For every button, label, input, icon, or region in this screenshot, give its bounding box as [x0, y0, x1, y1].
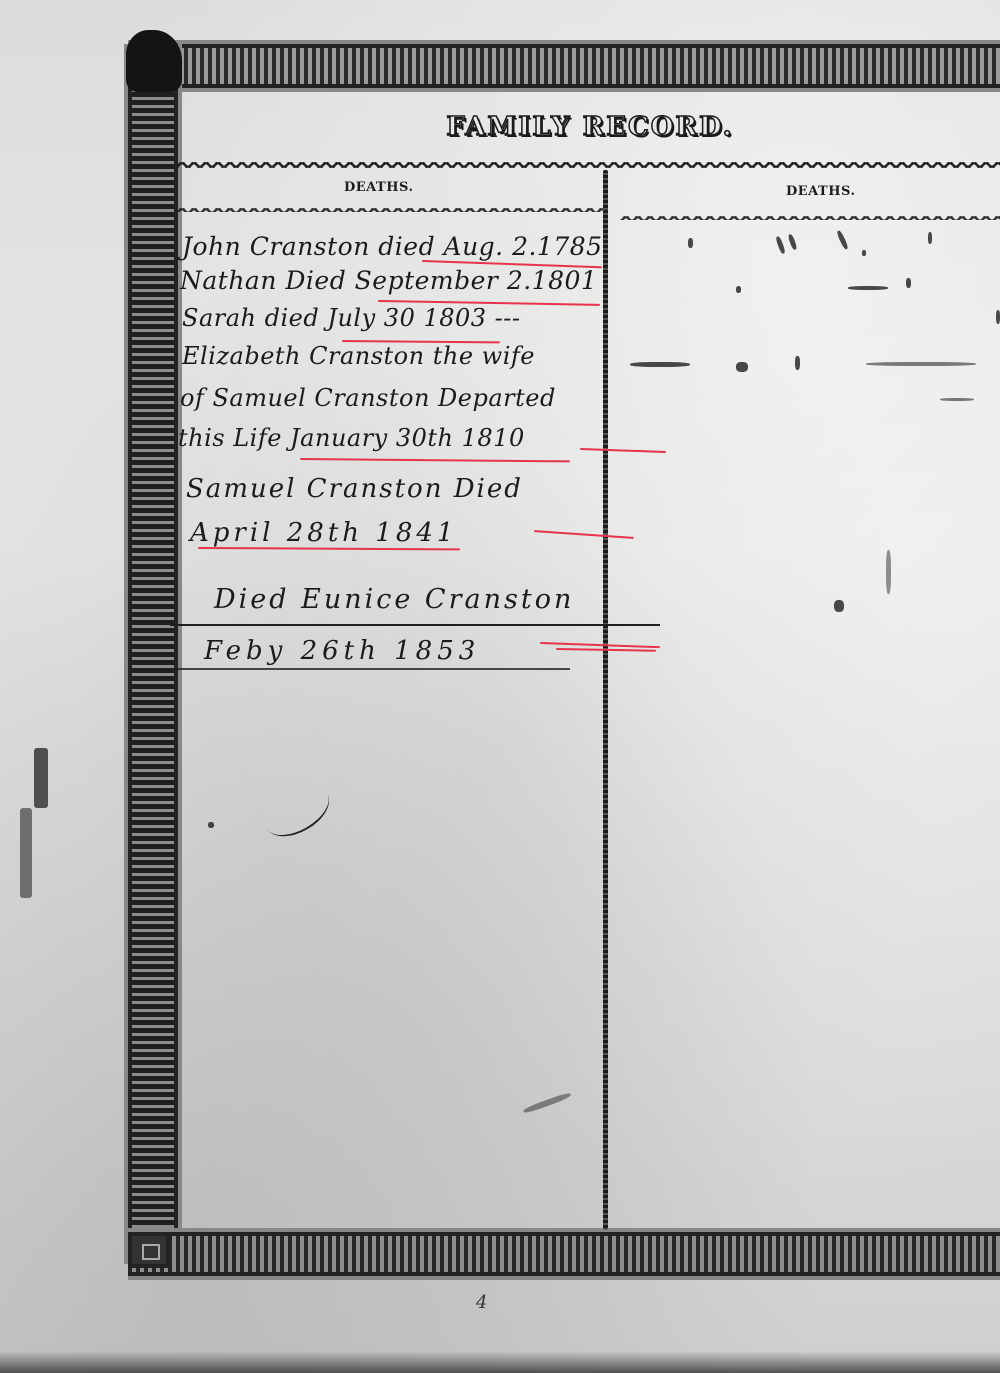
ornamental-frame-bottom: [128, 1232, 1000, 1276]
entry-line: of Samuel Cranston Departed: [180, 384, 556, 412]
wavy-rule-left-column: [176, 204, 604, 212]
ink-speck: [688, 238, 693, 248]
ink-speck: [996, 310, 1000, 324]
scan-edge-shadow: [0, 1351, 1000, 1373]
ink-speck: [736, 286, 741, 293]
ornamental-frame-left: [128, 44, 178, 1264]
page-number-mark: 4: [476, 1292, 487, 1313]
page-title: FAMILY RECORD.: [380, 112, 800, 142]
ink-speck: [866, 362, 976, 366]
ink-speck: [795, 356, 800, 370]
entry-line: April 28th 1841: [190, 518, 457, 548]
entry-line: this Life January 30th 1810: [178, 424, 525, 452]
ink-speck: [928, 232, 932, 244]
entry-line: Elizabeth Cranston the wife: [182, 342, 535, 370]
margin-ink-mark: [20, 808, 32, 898]
ink-speck: [848, 286, 888, 290]
ink-speck: [862, 250, 866, 256]
ink-speck: [886, 550, 891, 594]
frame-corner-bottom-left: [128, 1232, 170, 1268]
ink-rule-line: [170, 624, 660, 626]
column-heading-right: DEATHS.: [786, 184, 855, 199]
entry-line: John Cranston died Aug. 2.1785: [182, 232, 603, 261]
column-heading-left: DEATHS.: [344, 180, 413, 195]
ornamental-frame-top: [128, 44, 1000, 88]
entry-line: Feby 26th 1853: [204, 636, 480, 666]
column-divider: [603, 170, 608, 1230]
frame-corner-ink-blot: [126, 30, 182, 92]
ink-speck: [630, 362, 690, 367]
ink-speck: [736, 362, 748, 372]
entry-line: Sarah died July 30 1803 ---: [182, 304, 521, 332]
ink-speck: [834, 600, 844, 612]
wavy-rule-under-title: [176, 158, 1000, 170]
wavy-rule-right-column: [620, 212, 1000, 220]
entry-line: Nathan Died September 2.1801: [180, 266, 597, 295]
ink-speck: [208, 822, 214, 828]
ink-rule-line: [170, 668, 570, 670]
entry-line: Samuel Cranston Died: [186, 474, 523, 504]
ink-speck: [940, 398, 974, 401]
entry-line: Died Eunice Cranston: [214, 584, 574, 615]
ink-speck: [906, 278, 911, 288]
margin-ink-mark: [34, 748, 48, 808]
